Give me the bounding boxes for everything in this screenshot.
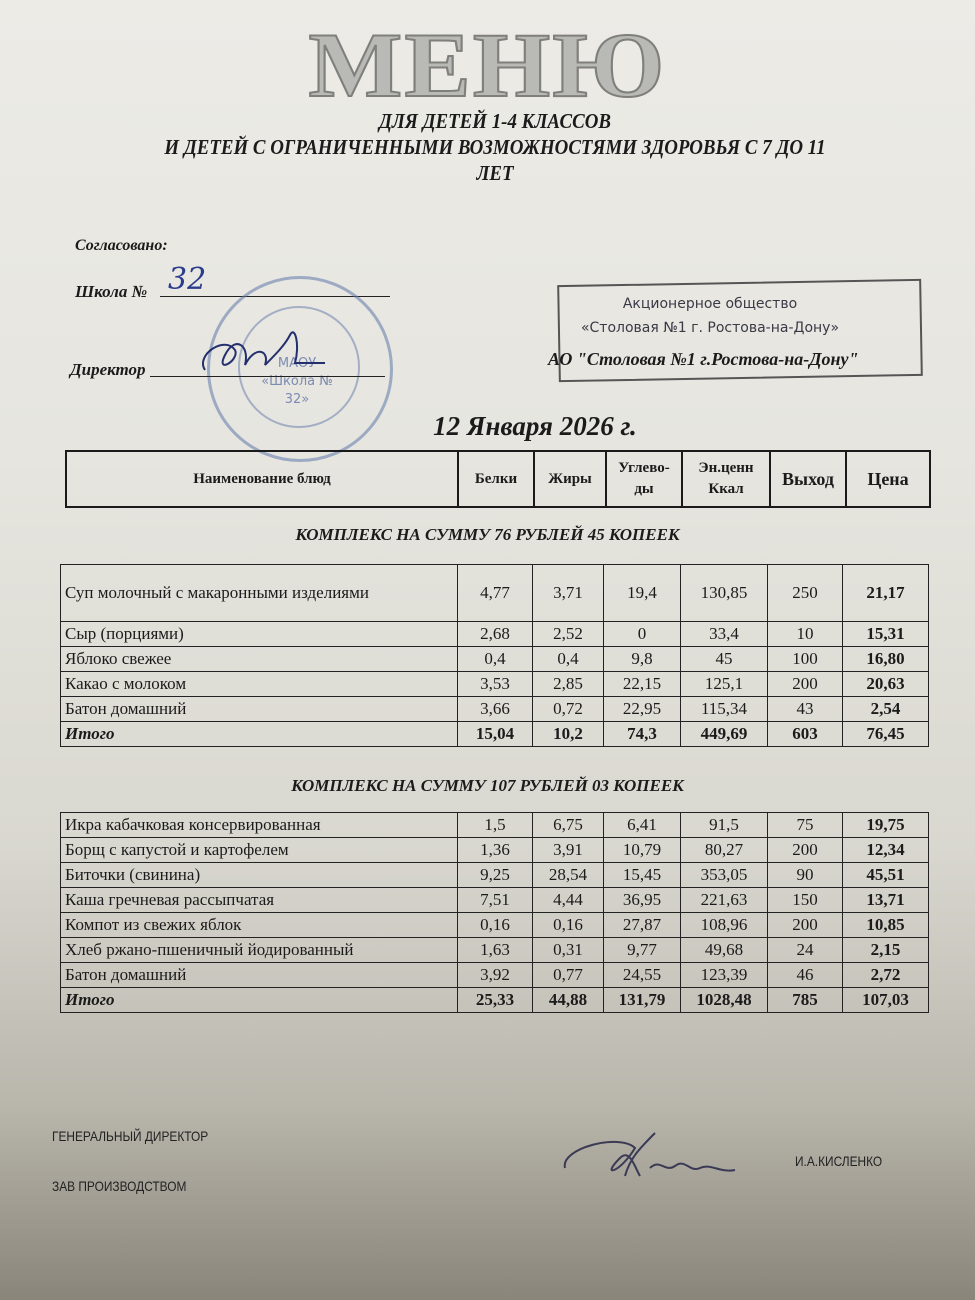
company-name: АО "Столовая №1 г.Ростова-на-Дону" xyxy=(548,349,858,370)
complex-1-title: КОМПЛЕКС НА СУММУ 76 РУБЛЕЙ 45 КОПЕЕК xyxy=(0,525,975,545)
dish-price: 12,34 xyxy=(843,838,929,863)
menu-row: Суп молочный с макаронными изделиями4,77… xyxy=(61,565,929,622)
nutrition-value: 75 xyxy=(768,813,843,838)
subtitle-line: И ДЕТЕЙ С ОГРАНИЧЕННЫМИ ВОЗМОЖНОСТЯМИ ЗД… xyxy=(104,134,887,160)
rect-stamp-line2: «Столовая №1 г. Ростова-на-Дону» xyxy=(580,320,840,336)
total-row: Итого15,0410,274,3449,6960376,45 xyxy=(61,722,929,747)
nutrition-value: 24 xyxy=(768,938,843,963)
school-label: Школа № xyxy=(75,282,147,302)
dish-name: Батон домашний xyxy=(61,963,458,988)
menu-row: Каша гречневая рассыпчатая7,514,4436,952… xyxy=(61,888,929,913)
dish-price: 19,75 xyxy=(843,813,929,838)
dish-price: 2,72 xyxy=(843,963,929,988)
nutrition-value: 0 xyxy=(604,622,681,647)
nutrition-value: 9,77 xyxy=(604,938,681,963)
column-header-table: Наименование блюд Белки Жиры Углево-ды Э… xyxy=(65,450,931,508)
total-value: 76,45 xyxy=(843,722,929,747)
dish-name: Яблоко свежее xyxy=(61,647,458,672)
total-value: 74,3 xyxy=(604,722,681,747)
nutrition-value: 0,16 xyxy=(533,913,604,938)
dish-price: 13,71 xyxy=(843,888,929,913)
nutrition-value: 221,63 xyxy=(681,888,768,913)
school-number: 32 xyxy=(168,262,206,297)
total-value: 107,03 xyxy=(843,988,929,1013)
nutrition-value: 0,72 xyxy=(533,697,604,722)
nutrition-value: 36,95 xyxy=(604,888,681,913)
dish-name: Батон домашний xyxy=(61,697,458,722)
nutrition-value: 6,41 xyxy=(604,813,681,838)
total-value: 449,69 xyxy=(681,722,768,747)
dish-name: Хлеб ржано-пшеничный йодированный xyxy=(61,938,458,963)
dish-price: 2,54 xyxy=(843,697,929,722)
total-value: 603 xyxy=(768,722,843,747)
total-value: 15,04 xyxy=(458,722,533,747)
director-label: Директор xyxy=(70,360,146,380)
nutrition-value: 9,8 xyxy=(604,647,681,672)
nutrition-value: 2,52 xyxy=(533,622,604,647)
nutrition-value: 0,4 xyxy=(458,647,533,672)
nutrition-value: 3,92 xyxy=(458,963,533,988)
menu-row: Борщ с капустой и картофелем1,363,9110,7… xyxy=(61,838,929,863)
nutrition-value: 150 xyxy=(768,888,843,913)
menu-row: Сыр (порциями)2,682,52033,41015,31 xyxy=(61,622,929,647)
complex-2-title: КОМПЛЕКС НА СУММУ 107 РУБЛЕЙ 03 КОПЕЕК xyxy=(0,776,975,796)
nutrition-value: 10,79 xyxy=(604,838,681,863)
signatory-name: И.А.КИСЛЕНКО xyxy=(795,1153,882,1169)
total-label: Итого xyxy=(61,988,458,1013)
nutrition-value: 115,34 xyxy=(681,697,768,722)
nutrition-value: 3,66 xyxy=(458,697,533,722)
nutrition-value: 3,71 xyxy=(533,565,604,622)
nutrition-value: 2,68 xyxy=(458,622,533,647)
dish-name: Суп молочный с макаронными изделиями xyxy=(61,565,458,622)
dish-name: Борщ с капустой и картофелем xyxy=(61,838,458,863)
nutrition-value: 7,51 xyxy=(458,888,533,913)
director-signature-icon xyxy=(195,325,335,385)
menu-date: 12 Января 2026 г. xyxy=(0,411,975,442)
menu-row: Биточки (свинина)9,2528,5415,45353,05904… xyxy=(61,863,929,888)
nutrition-value: 2,85 xyxy=(533,672,604,697)
nutrition-value: 0,31 xyxy=(533,938,604,963)
nutrition-value: 9,25 xyxy=(458,863,533,888)
total-value: 785 xyxy=(768,988,843,1013)
general-director-label: ГЕНЕРАЛЬНЫЙ ДИРЕКТОР xyxy=(52,1128,208,1144)
dish-name: Биточки (свинина) xyxy=(61,863,458,888)
nutrition-value: 108,96 xyxy=(681,913,768,938)
total-value: 1028,48 xyxy=(681,988,768,1013)
total-value: 44,88 xyxy=(533,988,604,1013)
col-header-yield: Выход xyxy=(770,451,846,507)
nutrition-value: 91,5 xyxy=(681,813,768,838)
dish-name: Каша гречневая рассыпчатая xyxy=(61,888,458,913)
nutrition-value: 130,85 xyxy=(681,565,768,622)
nutrition-value: 43 xyxy=(768,697,843,722)
nutrition-value: 46 xyxy=(768,963,843,988)
dish-price: 10,85 xyxy=(843,913,929,938)
nutrition-value: 200 xyxy=(768,838,843,863)
subtitle-line: ЛЕТ xyxy=(104,160,887,186)
menu-row: Хлеб ржано-пшеничный йодированный1,630,3… xyxy=(61,938,929,963)
menu-row: Яблоко свежее0,40,49,84510016,80 xyxy=(61,647,929,672)
total-row: Итого25,3344,88131,791028,48785107,03 xyxy=(61,988,929,1013)
nutrition-value: 4,77 xyxy=(458,565,533,622)
total-value: 131,79 xyxy=(604,988,681,1013)
nutrition-value: 1,5 xyxy=(458,813,533,838)
total-label: Итого xyxy=(61,722,458,747)
menu-row: Батон домашний3,920,7724,55123,39462,72 xyxy=(61,963,929,988)
nutrition-value: 3,53 xyxy=(458,672,533,697)
complex-2-table: Икра кабачковая консервированная1,56,756… xyxy=(60,812,929,1013)
nutrition-value: 250 xyxy=(768,565,843,622)
nutrition-value: 123,39 xyxy=(681,963,768,988)
production-head-label: ЗАВ ПРОИЗВОДСТВОМ xyxy=(52,1178,186,1194)
dish-name: Компот из свежих яблок xyxy=(61,913,458,938)
nutrition-value: 33,4 xyxy=(681,622,768,647)
nutrition-value: 1,36 xyxy=(458,838,533,863)
nutrition-value: 200 xyxy=(768,913,843,938)
col-header-name: Наименование блюд xyxy=(66,451,458,507)
subtitle-line: ДЛЯ ДЕТЕЙ 1-4 КЛАССОВ xyxy=(104,108,887,134)
nutrition-value: 100 xyxy=(768,647,843,672)
nutrition-value: 3,91 xyxy=(533,838,604,863)
nutrition-value: 6,75 xyxy=(533,813,604,838)
dish-name: Какао с молоком xyxy=(61,672,458,697)
rect-stamp-line1: Акционерное общество xyxy=(560,296,860,312)
dish-price: 16,80 xyxy=(843,647,929,672)
dish-price: 20,63 xyxy=(843,672,929,697)
total-value: 10,2 xyxy=(533,722,604,747)
nutrition-value: 45 xyxy=(681,647,768,672)
nutrition-value: 24,55 xyxy=(604,963,681,988)
nutrition-value: 15,45 xyxy=(604,863,681,888)
nutrition-value: 49,68 xyxy=(681,938,768,963)
nutrition-value: 19,4 xyxy=(604,565,681,622)
total-value: 25,33 xyxy=(458,988,533,1013)
menu-row: Батон домашний3,660,7222,95115,34432,54 xyxy=(61,697,929,722)
nutrition-value: 0,77 xyxy=(533,963,604,988)
col-header-energy: Эн.ценнКкал xyxy=(682,451,770,507)
menu-row: Какао с молоком3,532,8522,15125,120020,6… xyxy=(61,672,929,697)
nutrition-value: 4,44 xyxy=(533,888,604,913)
dish-price: 21,17 xyxy=(843,565,929,622)
menu-row: Компот из свежих яблок0,160,1627,87108,9… xyxy=(61,913,929,938)
col-header-carbs: Углево-ды xyxy=(606,451,682,507)
document-title: МЕНЮ xyxy=(0,12,975,118)
nutrition-value: 80,27 xyxy=(681,838,768,863)
nutrition-value: 125,1 xyxy=(681,672,768,697)
nutrition-value: 22,15 xyxy=(604,672,681,697)
dish-price: 2,15 xyxy=(843,938,929,963)
nutrition-value: 0,4 xyxy=(533,647,604,672)
nutrition-value: 200 xyxy=(768,672,843,697)
col-header-price: Цена xyxy=(846,451,930,507)
menu-row: Икра кабачковая консервированная1,56,756… xyxy=(61,813,929,838)
agreed-label: Согласовано: xyxy=(75,237,168,255)
col-header-protein: Белки xyxy=(458,451,534,507)
nutrition-value: 90 xyxy=(768,863,843,888)
dish-price: 15,31 xyxy=(843,622,929,647)
col-header-fat: Жиры xyxy=(534,451,606,507)
nutrition-value: 22,95 xyxy=(604,697,681,722)
nutrition-value: 10 xyxy=(768,622,843,647)
complex-1-table: Суп молочный с макаронными изделиями4,77… xyxy=(60,564,929,747)
document-subtitle: ДЛЯ ДЕТЕЙ 1-4 КЛАССОВ И ДЕТЕЙ С ОГРАНИЧЕ… xyxy=(104,108,887,186)
nutrition-value: 353,05 xyxy=(681,863,768,888)
dish-name: Икра кабачковая консервированная xyxy=(61,813,458,838)
nutrition-value: 28,54 xyxy=(533,863,604,888)
dish-name: Сыр (порциями) xyxy=(61,622,458,647)
dish-price: 45,51 xyxy=(843,863,929,888)
nutrition-value: 27,87 xyxy=(604,913,681,938)
general-director-signature-icon xyxy=(560,1128,760,1188)
nutrition-value: 0,16 xyxy=(458,913,533,938)
nutrition-value: 1,63 xyxy=(458,938,533,963)
